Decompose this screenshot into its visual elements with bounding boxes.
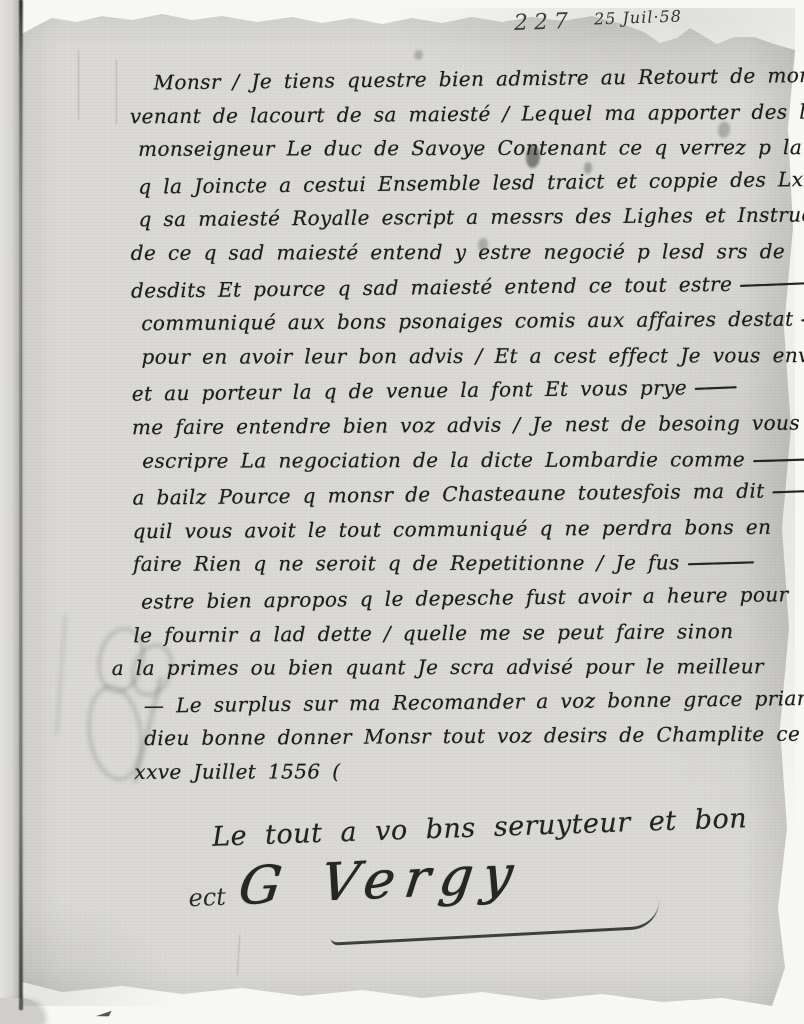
manuscript-line: monseigneur Le duc de Savoye Contenant c… [138,130,778,166]
manuscript-line: estre bien apropos q le depesche fust av… [141,577,781,619]
folio-number: 227 [514,9,575,36]
manuscript-line: a bailz Pource q monsr de Chasteaune tou… [132,473,780,515]
paper-scratch [78,50,79,120]
manuscript-scan-page: { "document": { "folio_number": "227", "… [0,0,804,1024]
letter-body: Monsr / Je tiens questre bien admistre a… [129,60,782,791]
manuscript-line: et au porteur la q de venue la font Et v… [132,370,780,412]
manuscript-line: desdits Et pource q sad maiesté entend c… [131,266,779,308]
manuscript-line: venant de lacourt de sa maiesté / Lequel… [130,94,778,133]
signature: G Vergy [235,845,526,918]
manuscript-line: dieu bonne donner Monsr tout voz desirs … [144,717,782,756]
manuscript-line: a la primes ou bien quant Je scra advisé… [112,649,782,685]
manuscript-line: q la Joincte a cestui Ensemble lesd trai… [138,162,778,204]
manuscript-line: le fournir a lad dette / quelle me se pe… [133,613,781,652]
pen-flourish-stroke [688,562,754,566]
pen-flourish-stroke [773,489,804,494]
paper-scratch [116,60,117,124]
pen-flourish-stroke [695,387,737,391]
signature-prefix: ect [188,883,226,913]
manuscript-line: quil vous avoit le tout communiqué q ne … [133,509,781,548]
archival-date-annotation: 25 Juil·58 [594,6,682,28]
manuscript-line: — Le surplus sur ma Recomander a voz bon… [144,681,782,723]
manuscript-line: pour en avoir leur bon advis / Et a cest… [141,338,779,374]
manuscript-line: Monsr / Je tiens questre bien admistre a… [153,58,777,100]
manuscript-line: q sa maiesté Royalle escript a messrs de… [138,198,778,237]
manuscript-line: communiqué aux bons psonaiges comis aux … [141,302,779,341]
manuscript-line: escripre La negociation de la dicte Lomb… [142,442,780,478]
binding-fold-line [19,0,23,1010]
bottom-edge-mark [96,1011,113,1018]
pen-flourish-stroke [740,282,804,288]
manuscript-line: faire Rien q ne seroit q de Repetitionne… [133,545,781,581]
manuscript-line: xxve Juillet 1556 ( [134,753,782,789]
pen-flourish-stroke [753,458,804,463]
manuscript-line: me faire entendre bien voz advis / Je ne… [132,406,780,445]
manuscript-line: de ce q sad maiesté entend y estre negoc… [131,234,779,270]
